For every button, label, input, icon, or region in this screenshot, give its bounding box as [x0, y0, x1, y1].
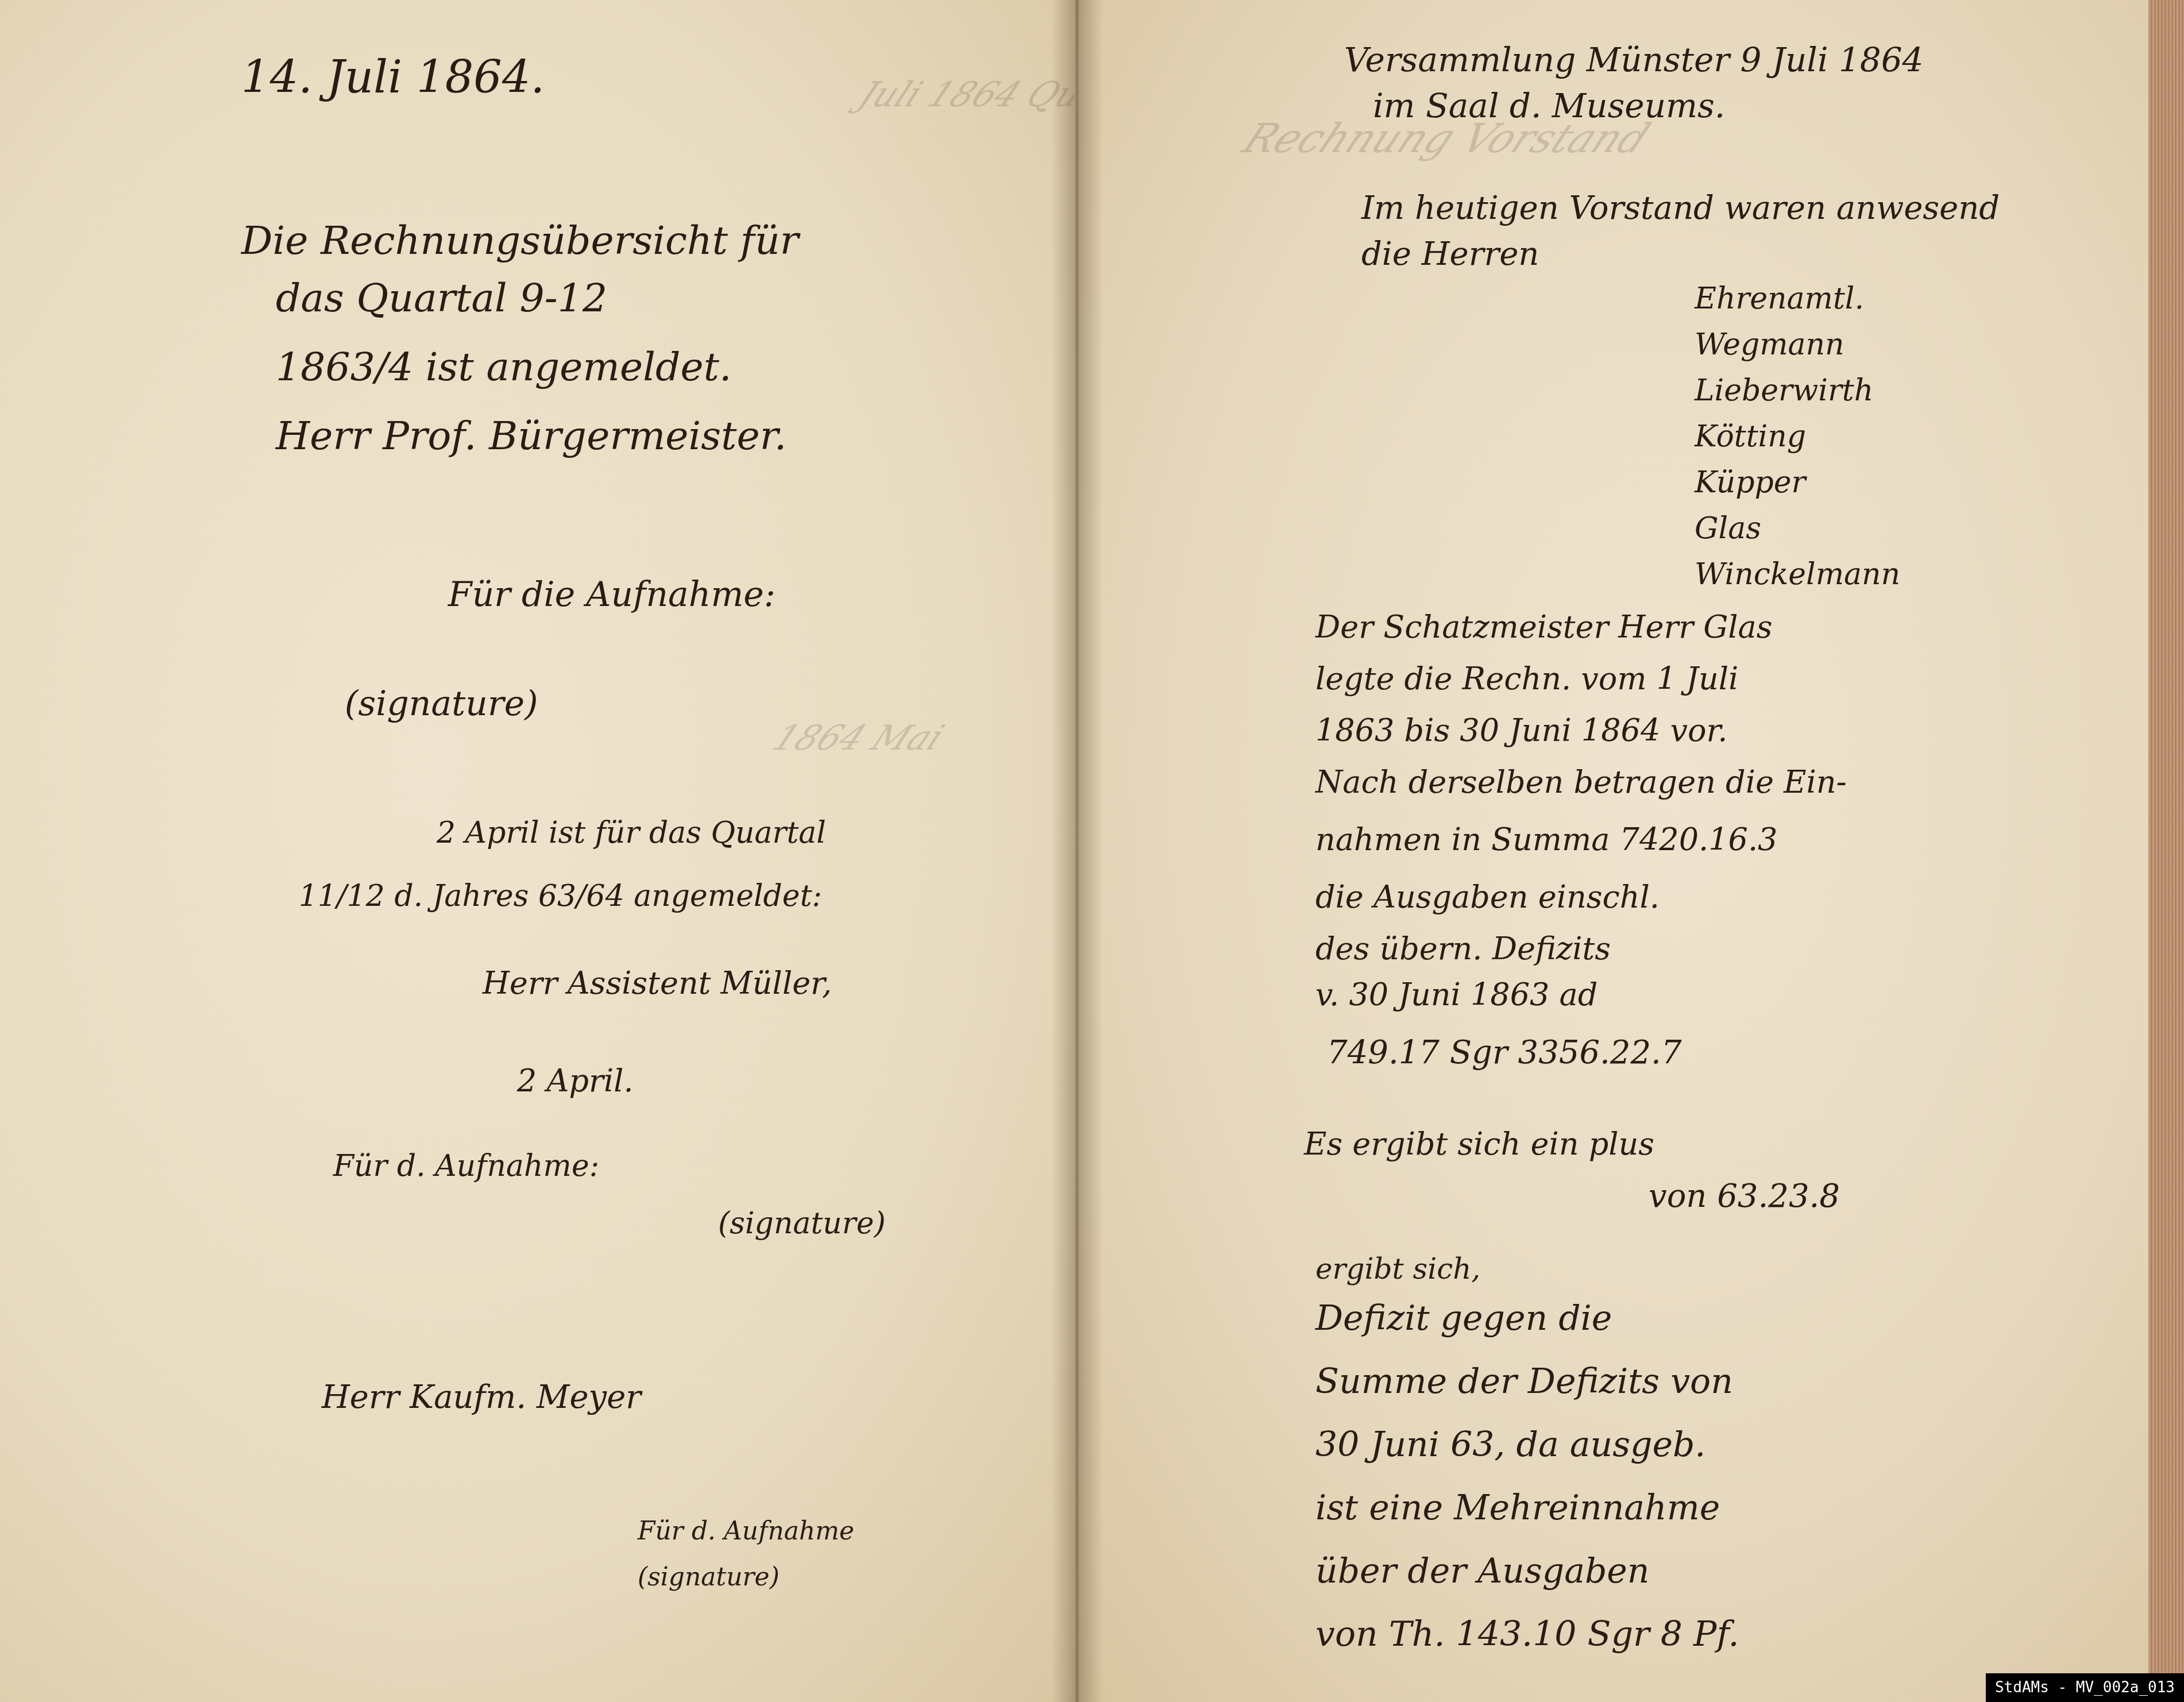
- member-name: Glas: [1695, 511, 1761, 546]
- member-name: Wegmann: [1695, 327, 1845, 362]
- signature: (signature): [718, 1206, 886, 1241]
- member-name: Küpper: [1695, 465, 1805, 500]
- text-line: 1863/4 ist angemeldet.: [276, 345, 732, 390]
- text-line: Für die Aufnahme:: [448, 574, 775, 615]
- text-line: Summe der Defizits von: [1315, 1361, 1733, 1402]
- book-gutter: [1051, 0, 1103, 1702]
- text-line: ergibt sich,: [1315, 1252, 1480, 1286]
- amount-line: 749.17 Sgr 3356.22.7: [1327, 1034, 1682, 1071]
- text-line: 1863 bis 30 Juni 1864 vor.: [1315, 712, 1727, 748]
- text-line: 30 Juni 63, da ausgeb.: [1315, 1425, 1705, 1465]
- entry-date: 14. Juli 1864.: [241, 52, 545, 103]
- text-line: Versammlung Münster 9 Juli 1864: [1344, 40, 1924, 79]
- signature: (signature): [345, 684, 538, 724]
- bleed-through-text: 1864 Mai: [766, 718, 951, 758]
- signature: (signature): [638, 1562, 780, 1592]
- text-line: das Quartal 9-12: [276, 276, 607, 321]
- text-line: ist eine Mehreinnahme: [1315, 1488, 1720, 1528]
- text-line: 2 April.: [517, 1063, 634, 1099]
- text-line: Herr Assistent Müller,: [483, 965, 832, 1001]
- text-line: die Ausgaben einschl.: [1315, 879, 1660, 915]
- text-line: die Herren: [1361, 236, 1539, 273]
- amount-line: von 63.23.8: [1649, 1178, 1840, 1215]
- text-line: Für d. Aufnahme:: [333, 1149, 599, 1183]
- text-line: im Saal d. Museums.: [1373, 86, 1725, 125]
- text-line: Im heutigen Vorstand waren anwesend: [1361, 190, 2000, 227]
- text-line: Der Schatzmeister Herr Glas: [1315, 609, 1773, 645]
- text-line: nahmen in Summa 7420.16.3: [1315, 821, 1777, 858]
- text-line: Die Rechnungsübersicht für: [241, 218, 798, 264]
- text-line: legte die Rechn. vom 1 Juli: [1315, 661, 1738, 697]
- text-line: Defizit gegen die: [1315, 1298, 1612, 1338]
- member-name: Ehrenamtl.: [1695, 281, 1864, 316]
- archive-label: StdAMs - MV_002a_013: [1986, 1673, 2184, 1702]
- text-line: v. 30 Juni 1863 ad: [1315, 977, 1598, 1013]
- text-line: des übern. Defizits: [1315, 931, 1611, 967]
- text-line: Herr Prof. Bürgermeister.: [276, 414, 786, 459]
- left-page: Juli 1864 Quartal 1864 Mai 14. Juli 1864…: [0, 0, 1074, 1702]
- text-line: 2 April ist für das Quartal: [437, 816, 826, 850]
- page-edges: [2148, 0, 2184, 1702]
- member-name: Winckelmann: [1695, 557, 1900, 592]
- text-line: Nach derselben betragen die Ein-: [1315, 764, 1847, 800]
- book-spread: Juli 1864 Quartal 1864 Mai 14. Juli 1864…: [0, 0, 2184, 1702]
- right-page: Rechnung Vorstand Versammlung Münster 9 …: [1074, 0, 2148, 1702]
- text-line: Herr Kaufm. Meyer: [322, 1379, 641, 1416]
- text-line: von Th. 143.10 Sgr 8 Pf.: [1315, 1614, 1739, 1654]
- text-line: Für d. Aufnahme: [638, 1516, 854, 1546]
- text-line: über der Ausgaben: [1315, 1551, 1649, 1591]
- text-line: 11/12 d. Jahres 63/64 angemeldet:: [299, 879, 822, 913]
- member-name: Kötting: [1695, 419, 1806, 454]
- member-name: Lieberwirth: [1695, 373, 1873, 408]
- text-line: Es ergibt sich ein plus: [1304, 1126, 1654, 1162]
